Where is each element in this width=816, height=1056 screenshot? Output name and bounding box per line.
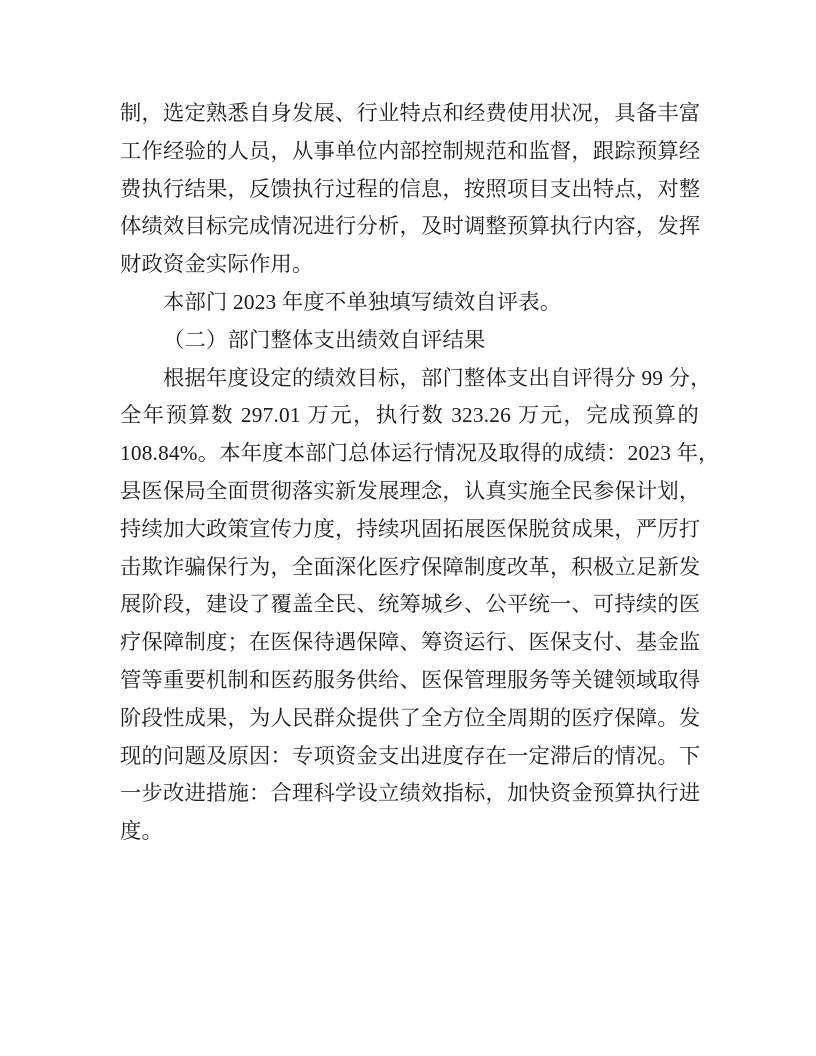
text-line: 现的问题及原因：专项资金支出进度存在一定滞后的情况。下 [120,738,699,776]
text-line: 根据年度设定的绩效目标，部门整体支出自评得分 99 分， [120,360,699,398]
section-heading: （二）部门整体支出绩效自评结果 [120,322,699,360]
text-line: 管等重要机制和医药服务供给、医保管理服务等关键领域取得 [120,662,699,700]
paragraph-end-line: 财政资金实际作用。 [120,246,699,284]
document-body: 制，选定熟悉自身发展、行业特点和经费使用状况，具备丰富 工作经验的人员，从事单位… [120,95,699,851]
text-line: 一步改进措施：合理科学设立绩效指标，加快资金预算执行进 [120,775,699,813]
text-line: 阶段性成果，为人民群众提供了全方位全周期的医疗保障。发 [120,700,699,738]
text-line: 工作经验的人员，从事单位内部控制规范和监督，跟踪预算经 [120,133,699,171]
text-line: 县医保局全面贯彻落实新发展理念，认真实施全民参保计划， [120,473,699,511]
text-line: 全年预算数 297.01 万元，执行数 323.26 万元，完成预算的 [120,397,699,435]
text-line: 持续加大政策宣传力度，持续巩固拓展医保脱贫成果，严厉打 [120,511,699,549]
text-line: 击欺诈骗保行为，全面深化医疗保障制度改革，积极立足新发 [120,549,699,587]
text-line: 费执行结果，反馈执行过程的信息，按照项目支出特点，对整 [120,171,699,209]
text-line: 制，选定熟悉自身发展、行业特点和经费使用状况，具备丰富 [120,95,699,133]
text-line: 疗保障制度；在医保待遇保障、筹资运行、医保支付、基金监 [120,624,699,662]
text-line: 本部门 2023 年度不单独填写绩效自评表。 [120,284,699,322]
text-line: 108.84%。本年度本部门总体运行情况及取得的成绩：2023 年， [120,435,699,473]
text-line: 展阶段，建设了覆盖全民、统筹城乡、公平统一、可持续的医 [120,586,699,624]
text-line: 体绩效目标完成情况进行分析，及时调整预算执行内容，发挥 [120,208,699,246]
document-page: 制，选定熟悉自身发展、行业特点和经费使用状况，具备丰富 工作经验的人员，从事单位… [0,0,816,1056]
paragraph-end-line: 度。 [120,813,699,851]
